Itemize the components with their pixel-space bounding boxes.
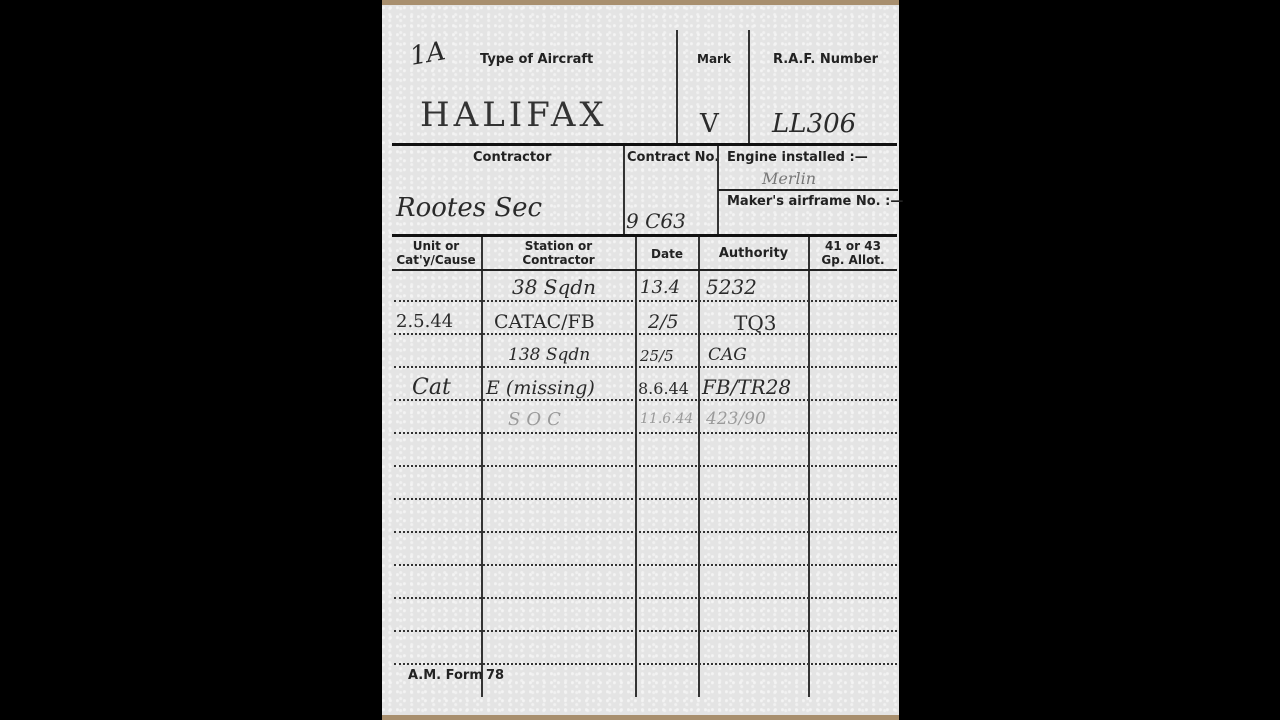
column-divider bbox=[698, 237, 700, 697]
row-line bbox=[394, 531, 897, 533]
handwritten-annotation: 1A bbox=[408, 36, 448, 72]
cell-date: 2/5 bbox=[648, 311, 679, 333]
mark-label: Mark bbox=[697, 52, 731, 66]
row-line bbox=[394, 663, 897, 665]
raf-number-label: R.A.F. Number bbox=[773, 52, 878, 67]
type-of-aircraft-value: HALIFAX bbox=[420, 95, 608, 135]
contractor-label: Contractor bbox=[473, 150, 551, 165]
contract-no-label: Contract No. bbox=[627, 150, 719, 165]
col-header-line: Date bbox=[636, 247, 698, 261]
cell-station: 138 Sqdn bbox=[508, 345, 590, 365]
cell-authority: FB/TR28 bbox=[702, 375, 791, 399]
col-header-station: Station or Contractor bbox=[482, 239, 635, 267]
cell-authority: TQ3 bbox=[734, 311, 776, 335]
cell-station: CATAC/FB bbox=[494, 311, 595, 333]
form-card: 1A Type of Aircraft HALIFAX Mark V R.A.F… bbox=[382, 0, 899, 720]
divider bbox=[748, 30, 750, 144]
column-divider bbox=[635, 237, 637, 697]
divider bbox=[623, 146, 625, 236]
row-line bbox=[394, 630, 897, 632]
cell-unit: Cat bbox=[412, 375, 451, 400]
row-line bbox=[394, 597, 897, 599]
form-id-label: A.M. Form bbox=[408, 668, 483, 683]
cell-authority: CAG bbox=[708, 345, 747, 365]
cell-date: 13.4 bbox=[640, 277, 680, 298]
divider bbox=[392, 269, 897, 271]
divider bbox=[717, 146, 719, 236]
row-line bbox=[394, 366, 897, 368]
type-of-aircraft-label: Type of Aircraft bbox=[480, 52, 593, 67]
cell-station: E (missing) bbox=[486, 377, 595, 399]
cell-unit: 2.5.44 bbox=[396, 311, 453, 332]
col-header-line: Authority bbox=[699, 247, 808, 261]
row-line bbox=[394, 498, 897, 500]
col-header-line: Contractor bbox=[482, 253, 635, 267]
column-divider bbox=[808, 237, 810, 697]
row-line bbox=[394, 399, 897, 401]
col-header-allot: 41 or 43 Gp. Allot. bbox=[809, 239, 897, 267]
col-header-unit: Unit or Cat'y/Cause bbox=[392, 239, 480, 267]
divider bbox=[392, 234, 897, 237]
cell-date: 25/5 bbox=[640, 347, 674, 365]
col-header-line: 41 or 43 bbox=[809, 239, 897, 253]
raf-number-value: LL306 bbox=[772, 109, 856, 139]
row-line bbox=[394, 333, 897, 335]
row-line bbox=[394, 564, 897, 566]
engine-installed-label: Engine installed :— bbox=[727, 150, 868, 165]
cell-station: SOC bbox=[508, 409, 567, 430]
row-line bbox=[394, 432, 897, 434]
cell-authority: 423/90 bbox=[706, 409, 766, 429]
divider bbox=[676, 30, 678, 144]
col-header-authority: Authority bbox=[699, 247, 808, 261]
mark-value: V bbox=[700, 109, 719, 139]
col-header-line: Unit or bbox=[392, 239, 480, 253]
row-line bbox=[394, 465, 897, 467]
row-line bbox=[394, 300, 897, 302]
col-header-line: Cat'y/Cause bbox=[392, 253, 480, 267]
contractor-value: Rootes Sec bbox=[396, 193, 542, 223]
cell-station: 38 Sqdn bbox=[512, 275, 596, 299]
cell-date: 8.6.44 bbox=[638, 379, 689, 398]
cell-date: 11.6.44 bbox=[640, 411, 693, 427]
divider bbox=[718, 189, 898, 191]
col-header-line: Gp. Allot. bbox=[809, 253, 897, 267]
col-header-line: Station or bbox=[482, 239, 635, 253]
engine-installed-value: Merlin bbox=[762, 169, 816, 188]
contract-no-value: 9 C63 bbox=[626, 209, 686, 233]
makers-airframe-label: Maker's airframe No. :— bbox=[727, 194, 903, 209]
col-header-date: Date bbox=[636, 247, 698, 261]
form-number: 78 bbox=[486, 668, 504, 683]
column-divider bbox=[481, 237, 483, 697]
cell-authority: 5232 bbox=[706, 275, 757, 299]
divider bbox=[392, 143, 897, 146]
